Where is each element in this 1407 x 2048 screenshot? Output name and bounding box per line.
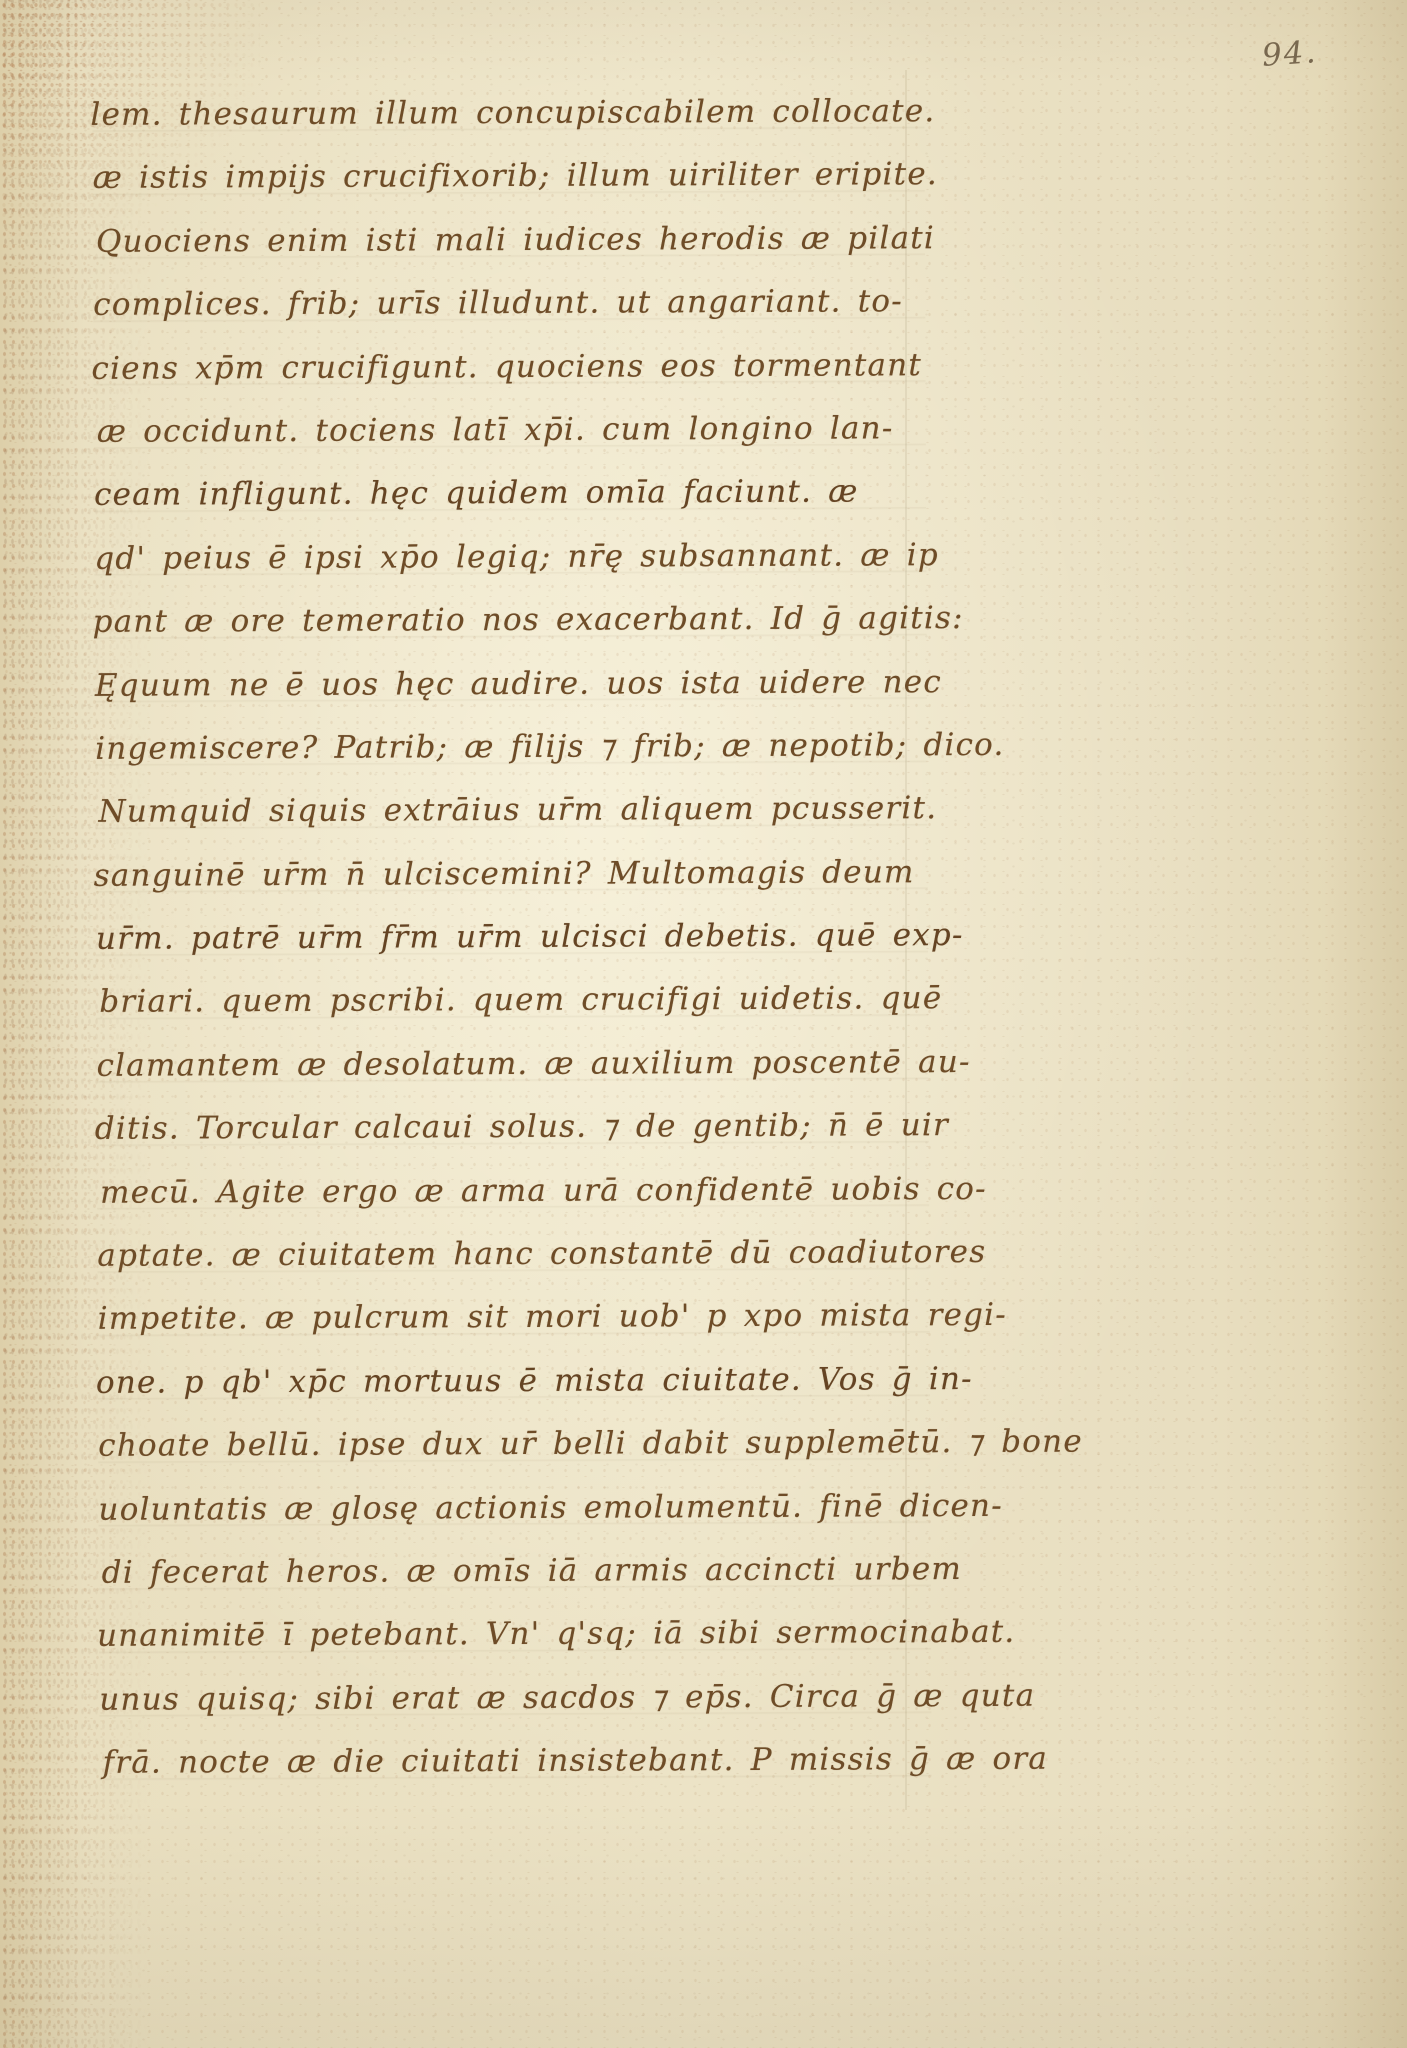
text-line: æ occidunt. tociens latī xp̄i. cum longi… [97, 397, 929, 464]
text-line: sanguinē ur̄m n̄ ulciscemini? Multomagis… [94, 841, 926, 908]
text-line: unanimitē ī petebant. Vn' q'sq; iā sibi … [97, 1602, 929, 1669]
text-line: Ęquum ne ē uos hęc audire. uos ista uide… [95, 651, 927, 718]
text-line: uoluntatis æ glosę actionis emolumentū. … [98, 1475, 930, 1542]
text-line: mecū. Agite ergo æ arma urā confidentē u… [100, 1158, 932, 1225]
text-line: unus quisq; sibi erat æ sacdos ⁊ ep̄s. C… [99, 1665, 931, 1732]
text-block: lem. thesaurum illum concupiscabilem col… [92, 80, 931, 1795]
text-line: ingemiscere? Patrib; æ filijs ⁊ frib; æ … [95, 714, 927, 781]
text-line: lem. thesaurum illum concupiscabilem col… [90, 80, 922, 147]
text-line: qd' peius ē ipsi xp̄o legiq; nr̄ę subsan… [94, 524, 926, 591]
text-line: ur̄m. patrē ur̄m fr̄m ur̄m ulcisci debet… [96, 904, 928, 971]
manuscript-page: 94. lem. thesaurum illum concupiscabilem… [0, 0, 1407, 2048]
text-line: ceam infligunt. hęc quidem omīa faciunt.… [94, 461, 926, 528]
text-line: di fecerat heros. æ omīs iā armis accinc… [102, 1538, 934, 1605]
text-line: ditis. Torcular calcaui solus. ⁊ de gent… [95, 1094, 927, 1161]
text-line: briari. quem pscribi. quem crucifigi uid… [99, 968, 931, 1035]
text-line: complices. frib; urīs illudunt. ut angar… [93, 270, 925, 337]
text-line: one. p qb' xp̄c mortuus ē mista ciuitate… [96, 1348, 928, 1415]
text-line: clamantem æ desolatum. æ auxilium poscen… [96, 1031, 928, 1098]
page-number: 94. [1261, 34, 1319, 74]
text-line: impetite. æ pulcrum sit mori uob' p xpo … [98, 1285, 930, 1352]
text-line: æ istis impijs crucifixorib; illum uiril… [93, 144, 925, 211]
text-line: choate bellū. ipse dux ur̄ belli dabit s… [98, 1411, 930, 1478]
text-line: pant æ ore temeratio nos exacerbant. Id … [92, 587, 924, 654]
text-line: Numquid siquis extrāius ur̄m aliquem pcu… [98, 777, 930, 844]
text-line: aptate. æ ciuitatem hanc constantē dū co… [97, 1221, 929, 1288]
text-line: ciens xp̄m crucifigunt. quociens eos tor… [91, 334, 923, 401]
text-line: frā. nocte æ die ciuitati insistebant. P… [102, 1728, 934, 1795]
text-line: Quociens enim isti mali iudices herodis … [96, 207, 928, 274]
